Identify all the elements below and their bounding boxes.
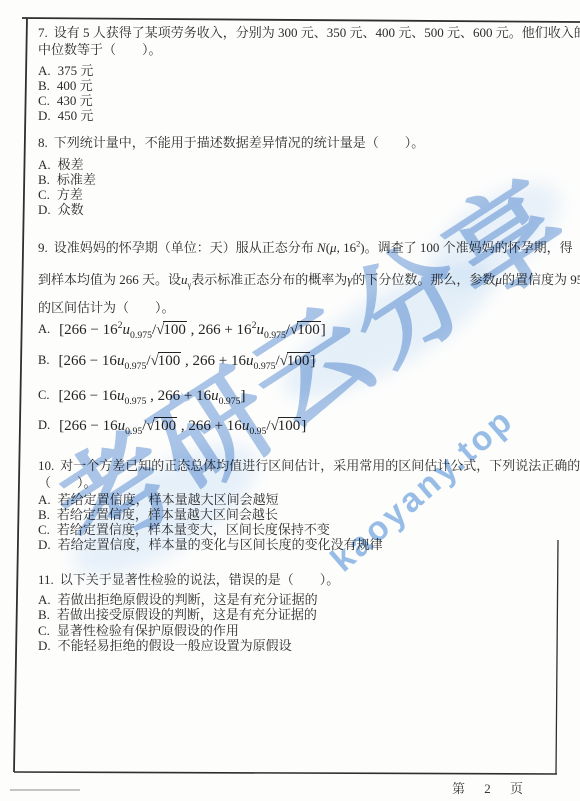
option-label: B. xyxy=(38,351,49,370)
page-number-footer: 第 2 页 xyxy=(452,778,531,797)
question-7-stem-line-2: 中位数等于（ ）。 xyxy=(38,41,162,58)
question-9-option-a: A.[266 − 162u0.975/√100 , 266 + 162u0.97… xyxy=(38,320,326,340)
question-8-stem-text: 下列统计量中，不能用于描述数据差异情况的统计量是（ ）。 xyxy=(54,135,425,150)
question-8-stem: 8.下列统计量中，不能用于描述数据差异情况的统计量是（ ）。 xyxy=(38,134,424,151)
question-9-stem-line-2: 到样本均值为 266 天。设uγ表示标准正态分布的概率为γ的下分位数。那么，参数… xyxy=(38,271,580,288)
question-9-option-c: C.[266 − 16u0.975 , 266 + 16u0.975] xyxy=(38,386,246,406)
option-formula: [266 − 16u0.975 , 266 + 16u0.975] xyxy=(58,388,245,404)
question-10-stem-line-1: 10.对一个方差已知的正态总体均值进行区间估计，采用常用的区间估计公式，下列说法… xyxy=(38,457,580,474)
question-9-stem-line-3: 的区间估计为（ ）。 xyxy=(38,299,175,316)
question-10-stem-text: 对一个方差已知的正态总体均值进行区间估计，采用常用的区间估计公式，下列说法正确的… xyxy=(60,458,580,473)
option-formula: [266 − 16u0.975/√100 , 266 + 16u0.975/√1… xyxy=(58,353,315,369)
question-9-stem-text: 设准妈妈的怀孕期（单位：天）服从正态分布 N(μ, 162)。调查了 100 个… xyxy=(54,240,573,255)
question-9-number: 9. xyxy=(38,239,48,256)
question-9-option-d: D.[266 − 16u0.95/√100 , 266 + 16u0.95/√1… xyxy=(38,416,306,436)
option-label: D. xyxy=(38,637,51,654)
question-11-stem-text: 以下关于显著性检验的说法，错误的是（ ）。 xyxy=(60,572,340,587)
option-label: C. xyxy=(38,386,49,405)
question-11-option-b: B.若做出接受原假设的判断，这是有充分证据的 xyxy=(38,606,317,623)
option-text: 若做出接受原假设的判断，这是有充分证据的 xyxy=(57,606,317,623)
question-11-option-d: D.不能轻易拒绝的假设一般应设置为原假设 xyxy=(38,637,292,654)
option-label: D. xyxy=(38,416,50,435)
option-label: D. xyxy=(38,536,51,553)
option-label: D. xyxy=(38,107,51,124)
page-content: 7.设有 5 人获得了某项劳务收入，分别为 300 元、350 元、400 元、… xyxy=(0,0,580,801)
option-label: D. xyxy=(38,201,51,218)
question-9-stem-line-1: 9.设准妈妈的怀孕期（单位：天）服从正态分布 N(μ, 162)。调查了 100… xyxy=(38,239,573,256)
exam-page: 7.设有 5 人获得了某项劳务收入，分别为 300 元、350 元、400 元、… xyxy=(0,0,580,801)
option-label: A. xyxy=(38,320,50,339)
question-10-number: 10. xyxy=(38,457,54,474)
question-7-option-d: D.450 元 xyxy=(38,107,93,124)
question-11-stem: 11.以下关于显著性检验的说法，错误的是（ ）。 xyxy=(38,571,339,588)
option-label: B. xyxy=(38,606,50,623)
option-text: 若给定置信度，样本量的变化与区间长度的变化没有规律 xyxy=(58,536,383,553)
question-8-number: 8. xyxy=(38,134,48,151)
option-text: 450 元 xyxy=(58,107,94,124)
option-formula: [266 − 16u0.95/√100 , 266 + 16u0.95/√100… xyxy=(59,418,306,434)
question-10-option-d: D.若给定置信度，样本量的变化与区间长度的变化没有规律 xyxy=(38,536,383,553)
question-7-number: 7. xyxy=(38,24,48,41)
option-text: 众数 xyxy=(58,201,84,218)
option-formula: [266 − 162u0.975/√100 , 266 + 162u0.975/… xyxy=(59,322,326,338)
question-11-number: 11. xyxy=(38,571,54,588)
question-10-stem-line-2: （ ）。 xyxy=(38,474,97,491)
question-9-option-b: B.[266 − 16u0.975/√100 , 266 + 16u0.975/… xyxy=(38,351,315,371)
question-7-stem-line-1: 7.设有 5 人获得了某项劳务收入，分别为 300 元、350 元、400 元、… xyxy=(38,24,580,41)
question-8-option-d: D.众数 xyxy=(38,201,84,218)
question-7-stem-text: 设有 5 人获得了某项劳务收入，分别为 300 元、350 元、400 元、50… xyxy=(54,25,580,40)
option-text: 不能轻易拒绝的假设一般应设置为原假设 xyxy=(58,637,292,654)
